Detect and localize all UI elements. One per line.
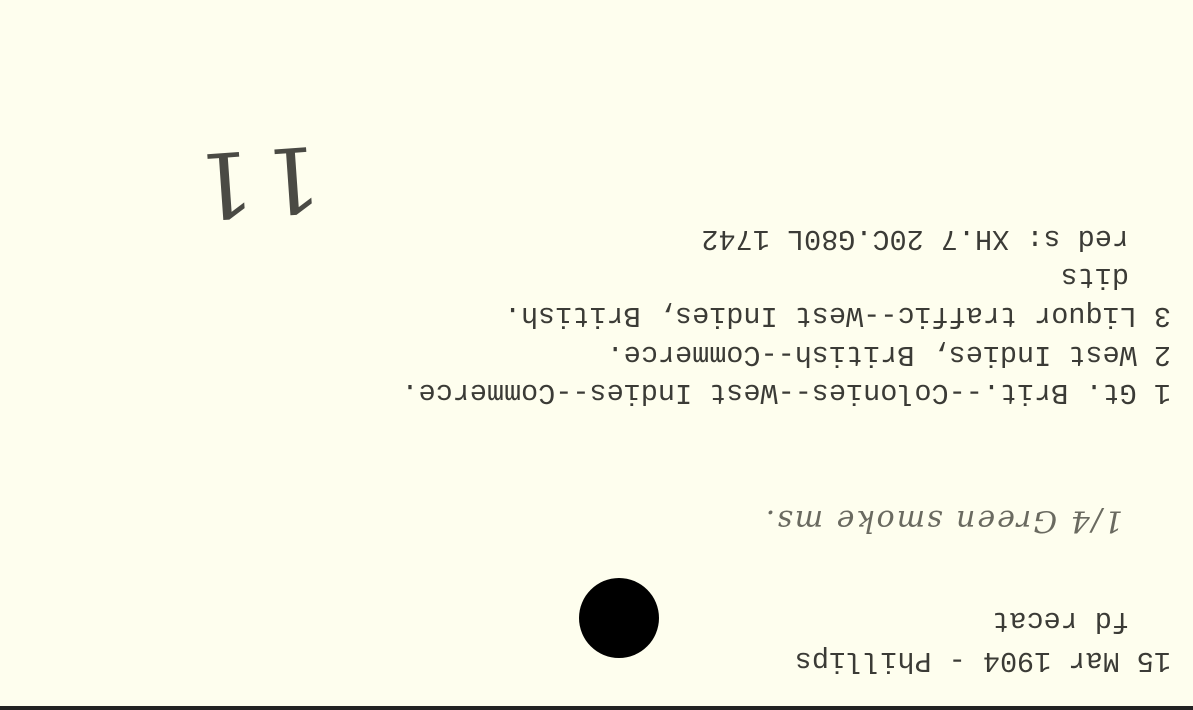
subject-line-2: 2 West Indies, British--Commerce. [607, 340, 1171, 369]
recat-note: fd recat [992, 606, 1129, 635]
subject-text: Gt. Brit.--Colonies--West Indies--Commer… [401, 376, 1136, 409]
handwritten-note: 1/4 Green smoke ms. [764, 503, 1123, 538]
date-author-line: 15 Mar 1904 - Phillips [795, 646, 1171, 675]
subject-number: 1 [1154, 376, 1171, 409]
subject-text: Liquor traffic--West Indies, British. [504, 299, 1137, 332]
handwritten-mark: 11 [183, 124, 325, 238]
subject-line-3: 3 Liquor traffic--West Indies, British. [504, 301, 1171, 330]
subject-number: 2 [1154, 338, 1171, 371]
card-edge [0, 706, 1193, 710]
punch-hole [579, 578, 659, 658]
catalog-card: 15 Mar 1904 - Phillips fd recat 1/4 Gree… [0, 0, 1193, 710]
subject-number: 3 [1154, 299, 1171, 332]
red-call-number: red s: XH.7 20C.G80L 1742 [701, 224, 1129, 253]
subject-line-1: 1 Gt. Brit.--Colonies--West Indies--Comm… [401, 378, 1171, 407]
subject-text: West Indies, British--Commerce. [607, 338, 1137, 371]
dits-label: dits [1061, 262, 1129, 291]
